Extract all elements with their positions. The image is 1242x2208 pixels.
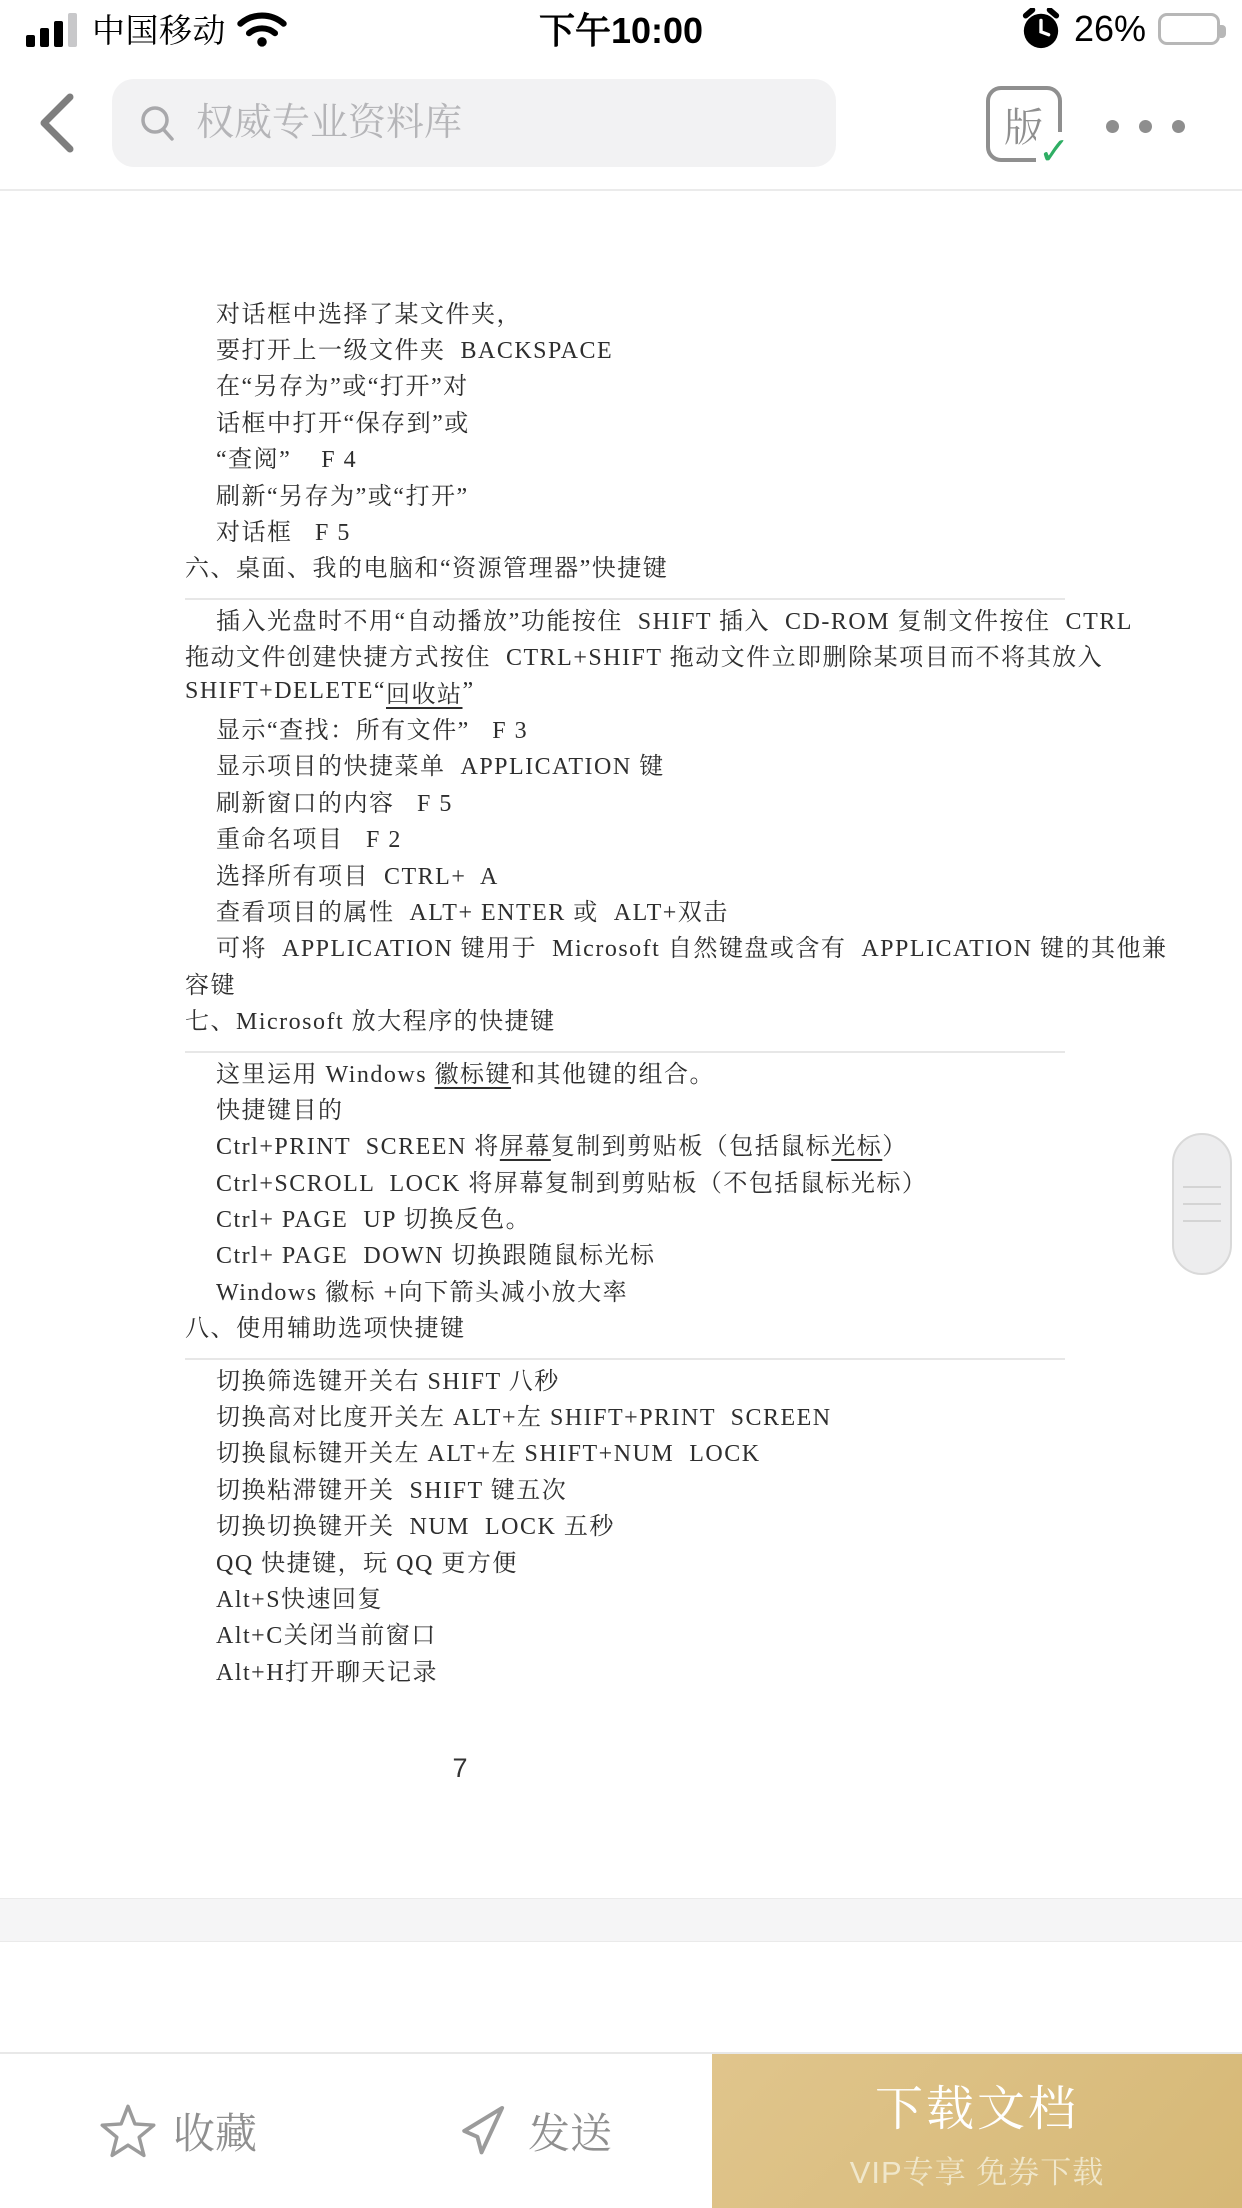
doc-text-line: 切换筛选键开关右 SHIFT 八秒 bbox=[185, 1360, 1182, 1396]
search-bar[interactable] bbox=[112, 79, 836, 167]
dot-icon bbox=[1139, 120, 1152, 133]
doc-text-line: 快捷键目的 bbox=[185, 1089, 1182, 1125]
page-separator bbox=[0, 1898, 1242, 1942]
doc-text-line: 话框中打开“保存到”或 bbox=[185, 402, 1182, 438]
doc-text-line: Alt+C关闭当前窗口 bbox=[185, 1615, 1182, 1651]
battery-nub bbox=[1220, 25, 1226, 38]
back-button[interactable] bbox=[34, 92, 80, 154]
scrollbar-handle[interactable] bbox=[1172, 1133, 1232, 1275]
download-label: 下载文档 bbox=[875, 2070, 1079, 2139]
grip-line bbox=[1183, 1203, 1221, 1205]
doc-text-line: 拖动文件创建快捷方式按住 CTRL+SHIFT 拖动文件立即删除某项目而不将其放… bbox=[185, 637, 1182, 673]
favorite-label: 收藏 bbox=[173, 2101, 257, 2161]
doc-text-line: 切换粘滞键开关 SHIFT 键五次 bbox=[185, 1469, 1182, 1505]
section-rule bbox=[185, 584, 1065, 600]
doc-text-line: “查阅” F 4 bbox=[185, 439, 1182, 475]
dot-icon bbox=[1172, 120, 1185, 133]
doc-text-line: 选择所有项目 CTRL+ A bbox=[185, 855, 1182, 891]
doc-text-line: 这里运用 Windows 徽标键和其他键的组合。 bbox=[185, 1053, 1182, 1089]
doc-text-line: 要打开上一级文件夹 BACKSPACE bbox=[185, 329, 1182, 365]
section-heading: 六、桌面、我的电脑和“资源管理器”快捷键 bbox=[185, 548, 1182, 584]
doc-text-line: 切换鼠标键开关左 ALT+左 SHIFT+NUM LOCK bbox=[185, 1433, 1182, 1469]
copyright-badge-button[interactable]: 版 ✓ bbox=[986, 86, 1062, 162]
download-sub-label: VIP专享 免券下载 bbox=[850, 2147, 1105, 2192]
send-button[interactable]: 发送 bbox=[356, 2054, 712, 2208]
document-page: 对话框中选择了某文件夹，要打开上一级文件夹 BACKSPACE在“另存为”或“打… bbox=[0, 193, 1242, 1898]
doc-text-line: 显示“查找：所有文件” F 3 bbox=[185, 709, 1182, 745]
check-icon: ✓ bbox=[1036, 132, 1072, 172]
section-rule bbox=[185, 1037, 1065, 1053]
more-menu-button[interactable] bbox=[1098, 112, 1193, 141]
doc-text-line: Ctrl+SCROLL LOCK 将屏幕复制到剪贴板（不包括鼠标光标） bbox=[185, 1162, 1182, 1198]
document-lines: 对话框中选择了某文件夹，要打开上一级文件夹 BACKSPACE在“另存为”或“打… bbox=[0, 193, 1242, 1687]
doc-text-line: QQ 快捷键，玩 QQ 更方便 bbox=[185, 1542, 1182, 1578]
status-bar: 中国移动 下午10:00 26% bbox=[0, 0, 1242, 56]
section-heading: 八、使用辅助选项快捷键 bbox=[185, 1308, 1182, 1344]
dot-icon bbox=[1106, 120, 1119, 133]
battery-icon bbox=[1158, 13, 1220, 45]
grip-line bbox=[1183, 1186, 1221, 1188]
doc-text-line: 切换高对比度开关左 ALT+左 SHIFT+PRINT SCREEN bbox=[185, 1396, 1182, 1432]
download-button[interactable]: 下载文档 VIP专享 免券下载 bbox=[712, 2054, 1242, 2208]
app-screen: 中国移动 下午10:00 26% bbox=[0, 0, 1242, 2208]
alarm-clock-icon bbox=[1020, 8, 1062, 50]
doc-text-line: 可将 APPLICATION 键用于 Microsoft 自然键盘或含有 APP… bbox=[185, 928, 1182, 964]
doc-text-line: 插入光盘时不用“自动播放”功能按住 SHIFT 插入 CD-ROM 复制文件按住… bbox=[185, 600, 1182, 636]
doc-text-line: 查看项目的属性 ALT+ ENTER 或 ALT+双击 bbox=[185, 891, 1182, 927]
doc-text-line: 在“另存为”或“打开”对 bbox=[185, 366, 1182, 402]
grip-line bbox=[1183, 1220, 1221, 1222]
doc-text-line: Alt+S快速回复 bbox=[185, 1578, 1182, 1614]
section-heading: 七、Microsoft 放大程序的快捷键 bbox=[185, 1000, 1182, 1036]
bottom-toolbar: 收藏 发送 下载文档 VIP专享 免券下载 bbox=[0, 2052, 1242, 2208]
doc-text-line: Ctrl+ PAGE DOWN 切换跟随鼠标光标 bbox=[185, 1235, 1182, 1271]
status-right: 26% bbox=[1020, 8, 1220, 50]
paper-plane-icon bbox=[456, 2103, 512, 2159]
search-icon bbox=[138, 103, 178, 143]
search-input[interactable] bbox=[196, 102, 810, 145]
doc-text-line: SHIFT+DELETE“回收站” bbox=[185, 673, 1182, 709]
doc-text-line: 切换切换键开关 NUM LOCK 五秒 bbox=[185, 1506, 1182, 1542]
doc-text-line: 重命名项目 F 2 bbox=[185, 818, 1182, 854]
doc-text-line: Windows 徽标 +向下箭头减小放大率 bbox=[185, 1271, 1182, 1307]
battery-percent-label: 26% bbox=[1074, 8, 1146, 50]
doc-text-line: 对话框 F 5 bbox=[185, 511, 1182, 547]
doc-text-line: 显示项目的快捷菜单 APPLICATION 键 bbox=[185, 746, 1182, 782]
page-number: 7 bbox=[0, 1753, 920, 1784]
section-rule bbox=[185, 1344, 1065, 1360]
send-label: 发送 bbox=[528, 2101, 612, 2161]
doc-text-line: Ctrl+ PAGE UP 切换反色。 bbox=[185, 1198, 1182, 1234]
doc-text-line: 对话框中选择了某文件夹， bbox=[185, 293, 1182, 329]
nav-bar: 版 ✓ bbox=[0, 56, 1242, 191]
doc-text-line: Ctrl+PRINT SCREEN 将屏幕复制到剪贴板（包括鼠标光标） bbox=[185, 1126, 1182, 1162]
star-icon bbox=[99, 2102, 157, 2160]
doc-text-line: 刷新窗口的内容 F 5 bbox=[185, 782, 1182, 818]
favorite-button[interactable]: 收藏 bbox=[0, 2054, 356, 2208]
doc-text-line: 刷新“另存为”或“打开” bbox=[185, 475, 1182, 511]
doc-text-line: 容键 bbox=[185, 964, 1182, 1000]
doc-text-line: Alt+H打开聊天记录 bbox=[185, 1651, 1182, 1687]
